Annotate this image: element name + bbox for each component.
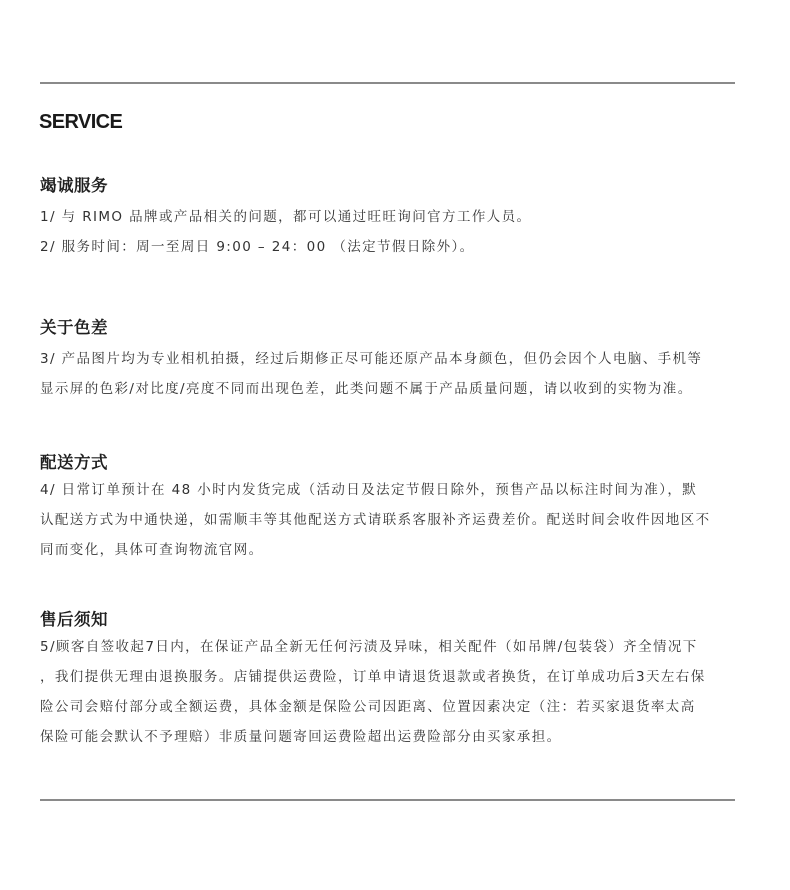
- section-line: 同而变化，具体可查询物流官网。: [40, 535, 740, 565]
- bottom-divider: [40, 799, 735, 801]
- section-heading: 关于色差: [40, 318, 740, 338]
- top-divider: [40, 82, 735, 84]
- section-after-sales-notice: 售后须知 5/顾客自签收起7日内，在保证产品全新无任何污渍及异味，相关配件（如吊…: [40, 610, 740, 752]
- section-heading: 竭诚服务: [40, 176, 740, 196]
- section-line: 5/顾客自签收起7日内，在保证产品全新无任何污渍及异味，相关配件（如吊牌/包装袋…: [40, 632, 740, 662]
- section-line: ，我们提供无理由退换服务。店铺提供运费险，订单申请退货退款或者换货，在订单成功后…: [40, 662, 740, 692]
- section-line: 4/ 日常订单预计在 48 小时内发货完成（活动日及法定节假日除外，预售产品以标…: [40, 475, 740, 505]
- section-line: 显示屏的色彩/对比度/亮度不同而出现色差，此类问题不属于产品质量问题，请以收到的…: [40, 374, 740, 404]
- section-heading: 配送方式: [40, 453, 740, 473]
- section-heading: 售后须知: [40, 610, 740, 630]
- section-line: 1/ 与 RIMO 品牌或产品相关的问题，都可以通过旺旺询问官方工作人员。: [40, 202, 740, 232]
- section-line: 险公司会赔付部分或全额运费，具体金额是保险公司因距离、位置因素决定（注：若买家退…: [40, 692, 740, 722]
- section-line: 保险可能会默认不予理赔）非质量问题寄回运费险超出运费险部分由买家承担。: [40, 722, 740, 752]
- page-title: SERVICE: [39, 110, 122, 134]
- section-color-difference: 关于色差 3/ 产品图片均为专业相机拍摄，经过后期修正尽可能还原产品本身颜色，但…: [40, 318, 740, 404]
- section-line: 认配送方式为中通快递，如需顺丰等其他配送方式请联系客服补齐运费差价。配送时间会收…: [40, 505, 740, 535]
- section-line: 3/ 产品图片均为专业相机拍摄，经过后期修正尽可能还原产品本身颜色，但仍会因个人…: [40, 344, 740, 374]
- section-delivery-method: 配送方式 4/ 日常订单预计在 48 小时内发货完成（活动日及法定节假日除外，预…: [40, 453, 740, 565]
- section-line: 2/ 服务时间：周一至周日 9:00 – 24：00 （法定节假日除外）。: [40, 232, 740, 262]
- section-dedicated-service: 竭诚服务 1/ 与 RIMO 品牌或产品相关的问题，都可以通过旺旺询问官方工作人…: [40, 176, 740, 262]
